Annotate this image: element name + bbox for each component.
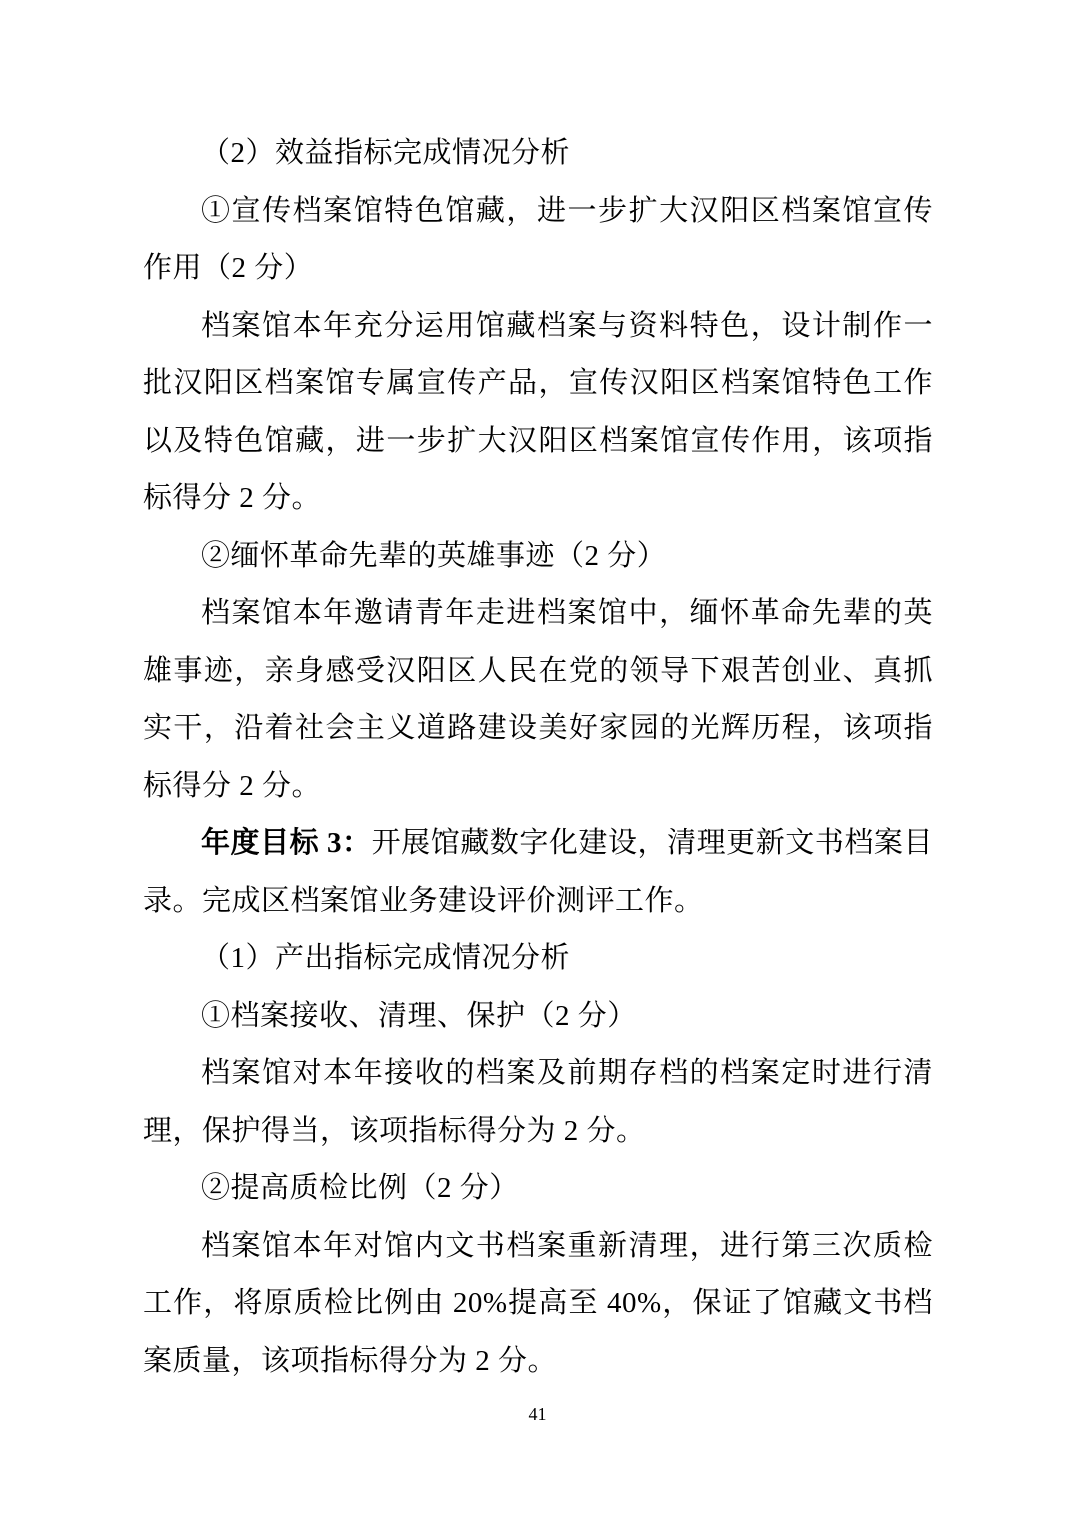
paragraph-output-indicator-heading: （1）产出指标完成情况分析	[143, 930, 933, 988]
paragraph-item2-qc-body: 档案馆本年对馆内文书档案重新清理，进行第三次质检工作，将原质检比例由 20%提高…	[143, 1218, 933, 1391]
paragraph-item2-heroes-heading: ②缅怀革命先辈的英雄事迹（2 分）	[143, 528, 933, 586]
paragraph-annual-goal-3: 年度目标 3：开展馆藏数字化建设，清理更新文书档案目录。完成区档案馆业务建设评价…	[143, 815, 933, 930]
document-page: （2）效益指标完成情况分析 ①宣传档案馆特色馆藏，进一步扩大汉阳区档案馆宣传作用…	[0, 0, 1075, 1521]
paragraph-item1-archive-heading: ①档案接收、清理、保护（2 分）	[143, 988, 933, 1046]
paragraph-item1-archive-body: 档案馆对本年接收的档案及前期存档的档案定时进行清理，保护得当，该项指标得分为 2…	[143, 1045, 933, 1160]
paragraph-benefit-indicator-heading: （2）效益指标完成情况分析	[143, 125, 933, 183]
paragraph-item1-publicity-heading: ①宣传档案馆特色馆藏，进一步扩大汉阳区档案馆宣传作用（2 分）	[143, 183, 933, 298]
annual-goal-3-label: 年度目标 3：	[201, 827, 372, 859]
paragraph-item2-qc-heading: ②提高质检比例（2 分）	[143, 1160, 933, 1218]
page-number: 41	[0, 1400, 1075, 1428]
paragraph-item1-publicity-body: 档案馆本年充分运用馆藏档案与资料特色，设计制作一批汉阳区档案馆专属宣传产品，宣传…	[143, 298, 933, 528]
document-text-body: （2）效益指标完成情况分析 ①宣传档案馆特色馆藏，进一步扩大汉阳区档案馆宣传作用…	[143, 125, 933, 1390]
paragraph-item2-heroes-body: 档案馆本年邀请青年走进档案馆中，缅怀革命先辈的英雄事迹，亲身感受汉阳区人民在党的…	[143, 585, 933, 815]
